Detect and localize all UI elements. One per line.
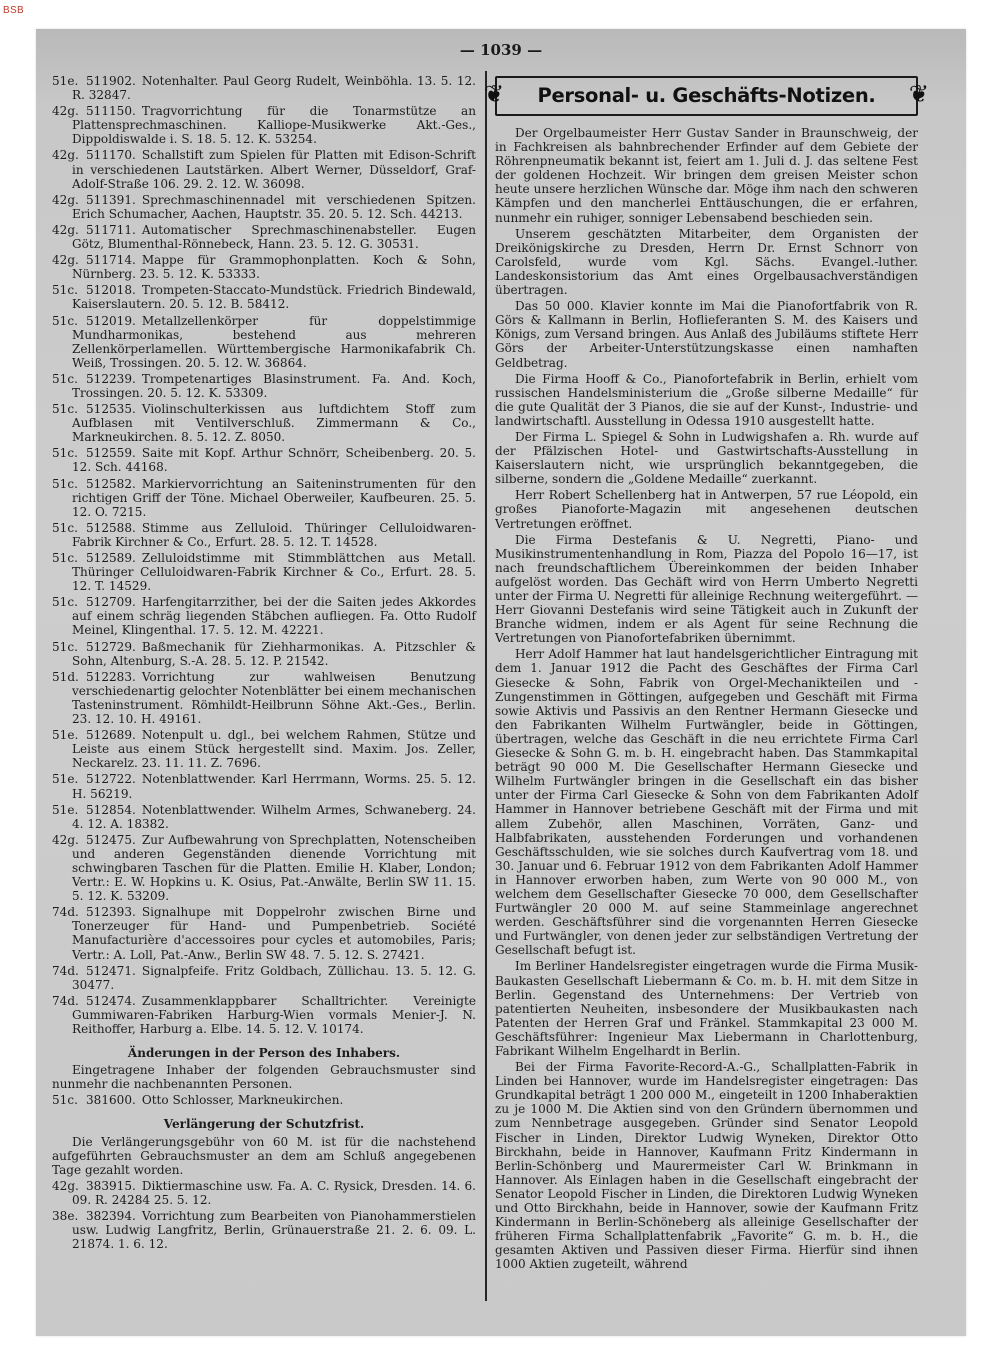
class-code: 51c.: [52, 551, 86, 565]
list-item: 42g.511170.Schallstift zum Spielen für P…: [52, 148, 476, 190]
class-code: 51c.: [52, 477, 86, 491]
registration-number: 512018.: [86, 283, 136, 297]
registration-number: 512535.: [86, 402, 136, 416]
class-code: 51e.: [52, 74, 86, 88]
class-code: 51c.: [52, 1093, 86, 1107]
class-code: 51c.: [52, 521, 86, 535]
class-code: 51c.: [52, 314, 86, 328]
class-code: 51c.: [52, 283, 86, 297]
notice-paragraph: Herr Robert Schellenberg hat in Antwerpe…: [495, 488, 918, 530]
list-item: 51c.381600.Otto Schlosser, Markneukirche…: [52, 1093, 476, 1107]
notices-list: Der Orgelbaumeister Herr Gustav Sander i…: [495, 126, 918, 1272]
notice-paragraph: Der Firma L. Spiegel & Sohn in Ludwigsha…: [495, 430, 918, 486]
list-item: 42g.511714.Mappe für Grammophonplatten. …: [52, 253, 476, 281]
list-item: 42g.511150.Tragvorrichtung für die Tonar…: [52, 104, 476, 146]
notice-paragraph: Das 50 000. Klavier konnte im Mai die Pi…: [495, 299, 918, 369]
notice-paragraph: Im Berliner Handelsregister eingetragen …: [495, 959, 918, 1058]
extension-list: 42g.383915.Diktiermaschine usw. Fa. A. C…: [52, 1179, 476, 1251]
class-code: 51c.: [52, 372, 86, 386]
notice-paragraph: Unserem geschätzten Mitarbeiter, dem Org…: [495, 227, 918, 297]
ornament-icon: ❦: [484, 81, 504, 107]
class-code: 74d.: [52, 964, 86, 978]
registration-number: 511714.: [86, 253, 136, 267]
notice-paragraph: Die Firma Hooff & Co., Pianofortefabrik …: [495, 372, 918, 428]
registration-number: 512474.: [86, 994, 136, 1008]
list-item: 51c.512018.Trompeten-Staccato-Mundstück.…: [52, 283, 476, 311]
registration-number: 512471.: [86, 964, 136, 978]
extension-heading: Verlängerung der Schutzfrist.: [52, 1117, 476, 1131]
list-item: 51c.512019.Metallzellenkörper für doppel…: [52, 314, 476, 370]
list-item: 74d.512393.Signalhupe mit Doppelrohr zwi…: [52, 905, 476, 961]
registration-number: 512019.: [86, 314, 136, 328]
registration-number: 512582.: [86, 477, 136, 491]
registration-number: 511150.: [86, 104, 136, 118]
list-item: 74d.512471.Signalpfeife. Fritz Goldbach,…: [52, 964, 476, 992]
left-column: 51e.511902.Notenhalter. Paul Georg Rudel…: [52, 74, 476, 1253]
banner-title: Personal- u. Geschäfts-Notizen.: [537, 89, 875, 103]
registration-number: 512283.: [86, 670, 136, 684]
registration-number: 512722.: [86, 772, 136, 786]
list-item: 51c.512239.Trompetenartiges Blasinstrume…: [52, 372, 476, 400]
list-item: 51c.512709.Harfengitarrzither, bei der d…: [52, 595, 476, 637]
column-divider: [485, 71, 487, 1301]
list-item: 42g.511711.Automatischer Sprechmaschinen…: [52, 223, 476, 251]
list-item: 51c.512535.Violinschulterkissen aus luft…: [52, 402, 476, 444]
registration-number: 383915.: [86, 1179, 136, 1193]
class-code: 51c.: [52, 402, 86, 416]
list-item: 51c.512589.Zelluloidstimme mit Stimmblät…: [52, 551, 476, 593]
class-code: 51c.: [52, 446, 86, 460]
class-code: 51e.: [52, 728, 86, 742]
owner-change-heading: Änderungen in der Person des Inhabers.: [52, 1046, 476, 1060]
owner-change-list: 51c.381600.Otto Schlosser, Markneukirche…: [52, 1093, 476, 1107]
registration-number: 512393.: [86, 905, 136, 919]
list-item: 42g.383915.Diktiermaschine usw. Fa. A. C…: [52, 1179, 476, 1207]
class-code: 42g.: [52, 253, 86, 267]
registration-number: 512559.: [86, 446, 136, 460]
registration-number: 511902.: [86, 74, 136, 88]
class-code: 42g.: [52, 193, 86, 207]
utility-model-list: 51e.511902.Notenhalter. Paul Georg Rudel…: [52, 74, 476, 1036]
registration-number: 382394.: [86, 1209, 136, 1223]
list-item: 51e.512722.Notenblattwender. Karl Herrma…: [52, 772, 476, 800]
notice-paragraph: Die Firma Destefanis & U. Negretti, Pian…: [495, 533, 918, 646]
class-code: 51d.: [52, 670, 86, 684]
registration-number: 512854.: [86, 803, 136, 817]
list-item: 51c.512588.Stimme aus Zelluloid. Thüring…: [52, 521, 476, 549]
notice-paragraph: Herr Adolf Hammer hat laut handelsgerich…: [495, 647, 918, 957]
notice-paragraph: Bei der Firma Favorite-Record-A.-G., Sch…: [495, 1060, 918, 1271]
list-item: 74d.512474.Zusammenklappbarer Schalltric…: [52, 994, 476, 1036]
class-code: 42g.: [52, 833, 86, 847]
class-code: 74d.: [52, 905, 86, 919]
list-item: 42g.511391.Sprechmaschinennadel mit vers…: [52, 193, 476, 221]
class-code: 42g.: [52, 223, 86, 237]
entry-text: Otto Schlosser, Markneukirchen.: [142, 1093, 343, 1107]
class-code: 42g.: [52, 104, 86, 118]
registration-number: 512729.: [86, 640, 136, 654]
scanned-page: — 1039 — 51e.511902.Notenhalter. Paul Ge…: [36, 29, 966, 1336]
library-watermark: BSB: [3, 5, 24, 16]
page-number: — 1039 —: [36, 41, 966, 59]
list-item: 51e.512854.Notenblattwender. Wilhelm Arm…: [52, 803, 476, 831]
list-item: 51e.511902.Notenhalter. Paul Georg Rudel…: [52, 74, 476, 102]
list-item: 51c.512582.Markiervorrichtung an Saiteni…: [52, 477, 476, 519]
registration-number: 512709.: [86, 595, 136, 609]
class-code: 42g.: [52, 1179, 86, 1193]
right-column: ❦ Personal- u. Geschäfts-Notizen. ❦ Der …: [495, 74, 918, 1274]
registration-number: 511391.: [86, 193, 136, 207]
registration-number: 512239.: [86, 372, 136, 386]
class-code: 51e.: [52, 772, 86, 786]
class-code: 38e.: [52, 1209, 86, 1223]
registration-number: 512475.: [86, 833, 136, 847]
list-item: 51d.512283.Vorrichtung zur wahlweisen Be…: [52, 670, 476, 726]
ornament-icon: ❦: [909, 81, 929, 107]
registration-number: 512588.: [86, 521, 136, 535]
class-code: 74d.: [52, 994, 86, 1008]
list-item: 51c.512729.Baßmechanik für Ziehharmonika…: [52, 640, 476, 668]
section-banner: ❦ Personal- u. Geschäfts-Notizen. ❦: [495, 76, 918, 116]
class-code: 51e.: [52, 803, 86, 817]
list-item: 38e.382394.Vorrichtung zum Bearbeiten vo…: [52, 1209, 476, 1251]
registration-number: 512589.: [86, 551, 136, 565]
notice-paragraph: Der Orgelbaumeister Herr Gustav Sander i…: [495, 126, 918, 225]
owner-change-intro: Eingetragene Inhaber der folgenden Gebra…: [52, 1063, 476, 1091]
extension-intro: Die Verlängerungsgebühr von 60 M. ist fü…: [52, 1135, 476, 1177]
list-item: 51c.512559.Saite mit Kopf. Arthur Schnör…: [52, 446, 476, 474]
class-code: 42g.: [52, 148, 86, 162]
registration-number: 381600.: [86, 1093, 136, 1107]
class-code: 51c.: [52, 595, 86, 609]
list-item: 42g.512475.Zur Aufbewahrung von Sprechpl…: [52, 833, 476, 903]
registration-number: 511170.: [86, 148, 136, 162]
list-item: 51e.512689.Notenpult u. dgl., bei welche…: [52, 728, 476, 770]
registration-number: 511711.: [86, 223, 136, 237]
registration-number: 512689.: [86, 728, 136, 742]
class-code: 51c.: [52, 640, 86, 654]
